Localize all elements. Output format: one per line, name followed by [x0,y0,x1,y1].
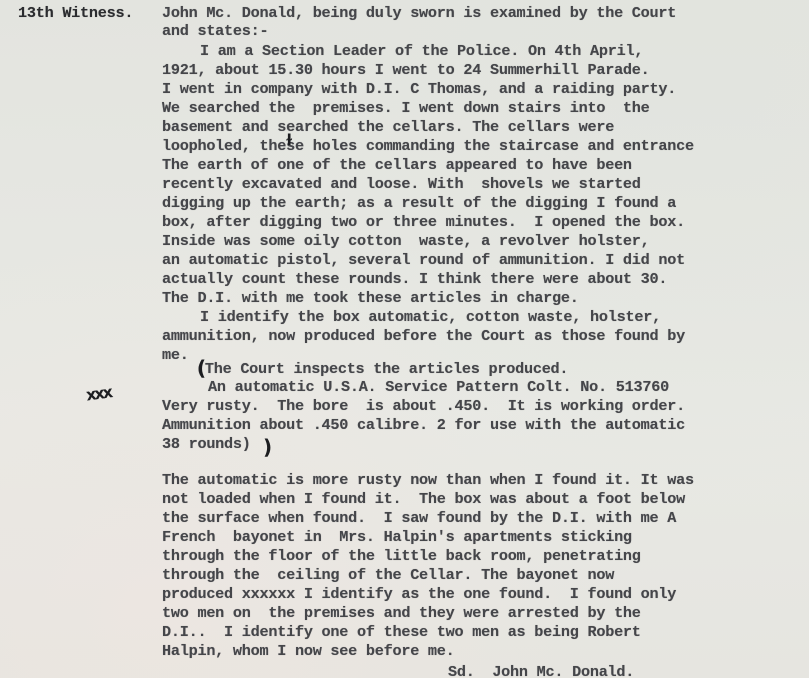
text-line: D.I.. I identify one of these two men as… [162,623,641,642]
text-line: an automatic pistol, several round of am… [162,251,685,270]
text-line: I went in company with D.I. C Thomas, an… [162,80,676,99]
text-line: produced xxxxxx I identify as the one fo… [162,585,676,604]
text-line: the surface when found. I saw found by t… [162,509,676,528]
court-note-line: (The Court inspects the articles produce… [196,360,568,379]
text-line: loopholed, these holes commanding the st… [162,137,694,156]
text-line: The automatic is more rusty now than whe… [162,471,694,490]
text-line: Halpin, whom I now see before me. [162,642,455,661]
text-line: actually count these rounds. I think the… [162,270,667,289]
text-line: The D.I. with me took these articles in … [162,289,579,308]
text-line: two men on the premises and they were ar… [162,604,641,623]
text-line: We searched the premises. I went down st… [162,99,650,118]
text-line: and states:- [162,22,268,41]
witness-heading: 13th Witness. [18,4,133,23]
text-line: 1921, about 15.30 hours I went to 24 Sum… [162,61,650,80]
text-line: I identify the box automatic, cotton was… [200,308,661,327]
text-line: 38 rounds) [162,435,251,454]
document-page: 13th Witness. John Mc. Donald, being dul… [0,0,809,678]
text-line: box, after digging two or three minutes.… [162,213,685,232]
text-line: Ammunition about .450 calibre. 2 for use… [162,416,685,435]
text-line: me. [162,346,189,365]
text-line: through the floor of the little back roo… [162,547,641,566]
text-line: I am a Section Leader of the Police. On … [200,42,643,61]
text-line: Very rusty. The bore is about .450. It i… [162,397,685,416]
handwritten-paren-mark: ( [197,356,206,380]
text-line: French bayonet in Mrs. Halpin's apartmen… [162,528,632,547]
text-line: Inside was some oily cotton waste, a rev… [162,232,650,251]
margin-annotation: xxx [85,382,112,404]
text-line: The earth of one of the cellars appeared… [162,156,632,175]
handwritten-correction-mark: ɫ [285,131,293,149]
text-line: John Mc. Donald, being duly sworn is exa… [162,4,676,23]
text-line: not loaded when I found it. The box was … [162,490,685,509]
text-line: recently excavated and loose. With shove… [162,175,641,194]
text-line: digging up the earth; as a result of the… [162,194,676,213]
text-line: An automatic U.S.A. Service Pattern Colt… [208,378,669,397]
text-line: ammunition, now produced before the Cour… [162,327,685,346]
text-line: basement and searched the cellars. The c… [162,118,614,137]
text-line: through the ceiling of the Cellar. The b… [162,566,614,585]
signature-line: Sd. John Mc. Donald. [448,663,634,678]
handwritten-paren-mark: ) [263,435,272,459]
